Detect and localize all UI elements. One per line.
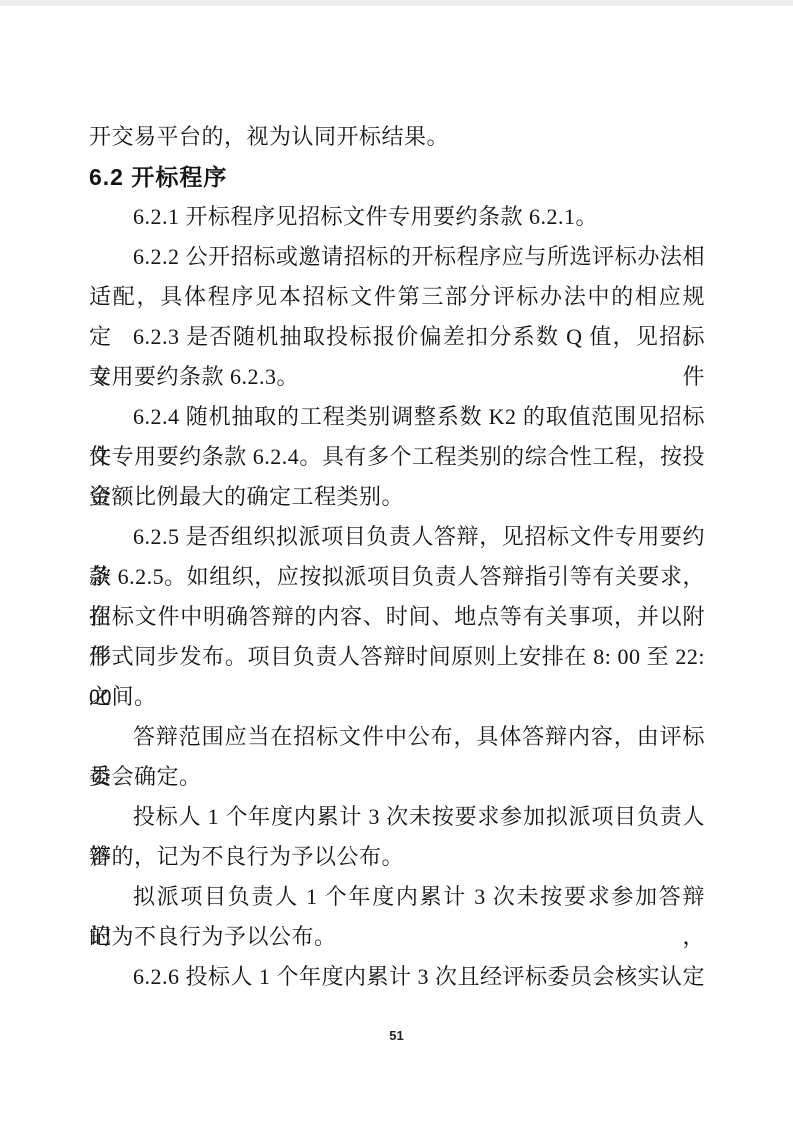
- text-line: 投标人 1 个年度内累计 3 次未按要求参加拟派项目负责人答: [89, 797, 705, 837]
- text-line: 拟派项目负责人 1 个年度内累计 3 次未按要求参加答辩的，: [89, 877, 705, 917]
- page-body: 开交易平台的，视为认同开标结果。6.2 开标程序6.2.1 开标程序见招标文件专…: [89, 117, 705, 997]
- text-line: 招标文件中明确答辩的内容、时间、地点等有关事项，并以附件: [89, 597, 705, 637]
- document-page: { "page": { "background": "#ffffff", "te…: [0, 0, 793, 1122]
- page-top-edge: [0, 0, 793, 6]
- text-line: 6.2.6 投标人 1 个年度内累计 3 次且经评标委员会核实认定: [89, 957, 705, 997]
- text-line: 形式同步发布。项目负责人答辩时间原则上安排在 8: 00 至 22: 00: [89, 637, 705, 677]
- text-line: 辩的，记为不良行为予以公布。: [89, 837, 705, 877]
- text-line: 开交易平台的，视为认同开标结果。: [89, 117, 705, 157]
- text-line: 6.2.4 随机抽取的工程类别调整系数 K2 的取值范围见招标文: [89, 397, 705, 437]
- text-line: 答辩范围应当在招标文件中公布，具体答辩内容，由评标委: [89, 717, 705, 757]
- text-line: 6.2.5 是否组织拟派项目负责人答辩，见招标文件专用要约条: [89, 517, 705, 557]
- text-line: 之间。: [89, 677, 705, 717]
- text-line: 适配，具体程序见本招标文件第三部分评标办法中的相应规定。: [89, 277, 705, 317]
- page-number: 51: [0, 1028, 793, 1043]
- text-line: 6.2.3 是否随机抽取投标报价偏差扣分系数 Q 值，见招标文件: [89, 317, 705, 357]
- text-line: 件专用要约条款 6.2.4。具有多个工程类别的综合性工程，按投资: [89, 437, 705, 477]
- text-line: 款 6.2.5。如组织，应按拟派项目负责人答辩指引等有关要求，在: [89, 557, 705, 597]
- section-heading: 6.2 开标程序: [89, 157, 705, 197]
- text-line: 金额比例最大的确定工程类别。: [89, 477, 705, 517]
- text-line: 6.2.1 开标程序见招标文件专用要约条款 6.2.1。: [89, 197, 705, 237]
- text-line: 6.2.2 公开招标或邀请招标的开标程序应与所选评标办法相: [89, 237, 705, 277]
- text-line: 员会确定。: [89, 757, 705, 797]
